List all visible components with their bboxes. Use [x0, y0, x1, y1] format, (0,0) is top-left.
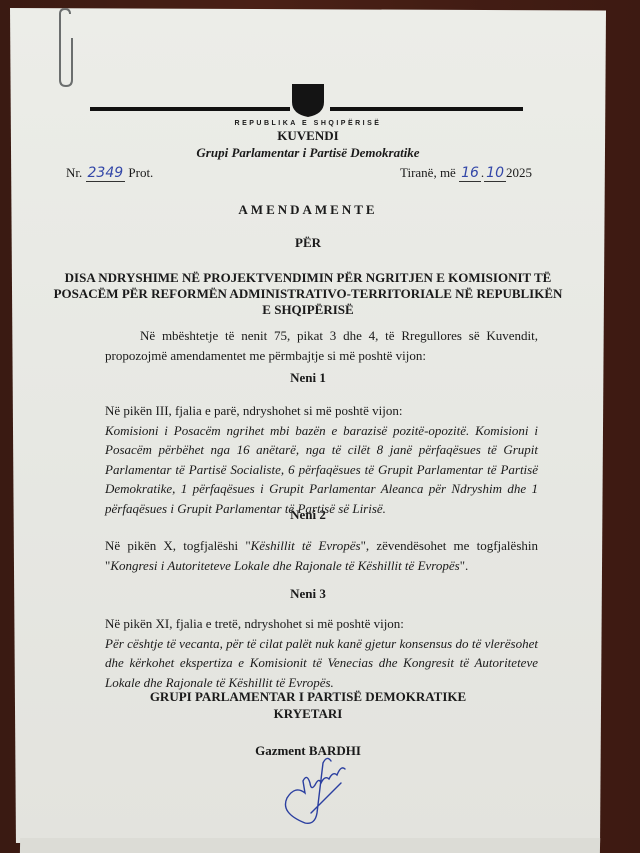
article-1-text: Komisioni i Posacëm ngrihet mbi bazën e … [105, 421, 538, 519]
title-heading: AMENDAMENTE [50, 202, 566, 218]
intro-paragraph: Në mbështetje të nenit 75, pikat 3 dhe 4… [105, 326, 538, 365]
document-title: AMENDAMENTE PËR DISA NDRYSHIME NË PROJEK… [50, 202, 566, 318]
institution-name: KUVENDI [10, 128, 606, 144]
protocol-number: Nr. 2349 Prot. [66, 165, 153, 181]
paperclip-icon [54, 8, 78, 88]
article-1-title: Neni 1 [50, 370, 566, 386]
title-subject: DISA NDRYSHIME NË PROJEKTVENDIMIN PËR NG… [50, 270, 566, 318]
date-month: 10 [484, 165, 506, 182]
article-3: Në pikën XI, fjalia e tretë, ndryshohet … [105, 614, 538, 692]
handwritten-signature-icon [275, 753, 355, 828]
article-3-title: Neni 3 [50, 586, 566, 602]
header-rule-left [90, 107, 290, 111]
signature-block: GRUPI PARLAMENTAR I PARTISË DEMOKRATIKE … [50, 688, 566, 759]
albanian-eagle-shield-icon [290, 82, 326, 118]
country-name: REPUBLIKA E SHQIPËRISË [10, 120, 606, 127]
article-2: Në pikën X, togfjalëshi "Këshillit të Ev… [105, 536, 538, 575]
reference-row: Nr. 2349 Prot. Tiranë, më 16.102025 [66, 165, 532, 181]
protocol-number-value: 2349 [86, 165, 126, 182]
group-name: Grupi Parlamentar i Partisë Demokratike [10, 145, 606, 161]
article-1-lead: Në pikën III, fjalia e parë, ndryshohet … [105, 401, 538, 421]
document-page: REPUBLIKA E SHQIPËRISË KUVENDI Grupi Par… [10, 8, 606, 843]
signatory-role: KRYETARI [50, 705, 566, 722]
date-day: 16 [459, 165, 481, 182]
article-3-lead: Në pikën XI, fjalia e tretë, ndryshohet … [105, 614, 538, 634]
article-1: Në pikën III, fjalia e parë, ndryshohet … [105, 401, 538, 518]
article-2-title: Neni 2 [50, 507, 566, 523]
letterhead: REPUBLIKA E SHQIPËRISË KUVENDI Grupi Par… [10, 78, 606, 161]
place-date: Tiranë, më 16.102025 [400, 165, 532, 181]
article-3-text: Për cështje të vecanta, për të cilat pal… [105, 634, 538, 693]
underlying-page-edge [20, 838, 600, 853]
date-year: 2025 [506, 165, 532, 180]
title-per: PËR [50, 235, 566, 251]
signatory-group: GRUPI PARLAMENTAR I PARTISË DEMOKRATIKE [50, 688, 566, 705]
header-rule-right [330, 107, 523, 111]
